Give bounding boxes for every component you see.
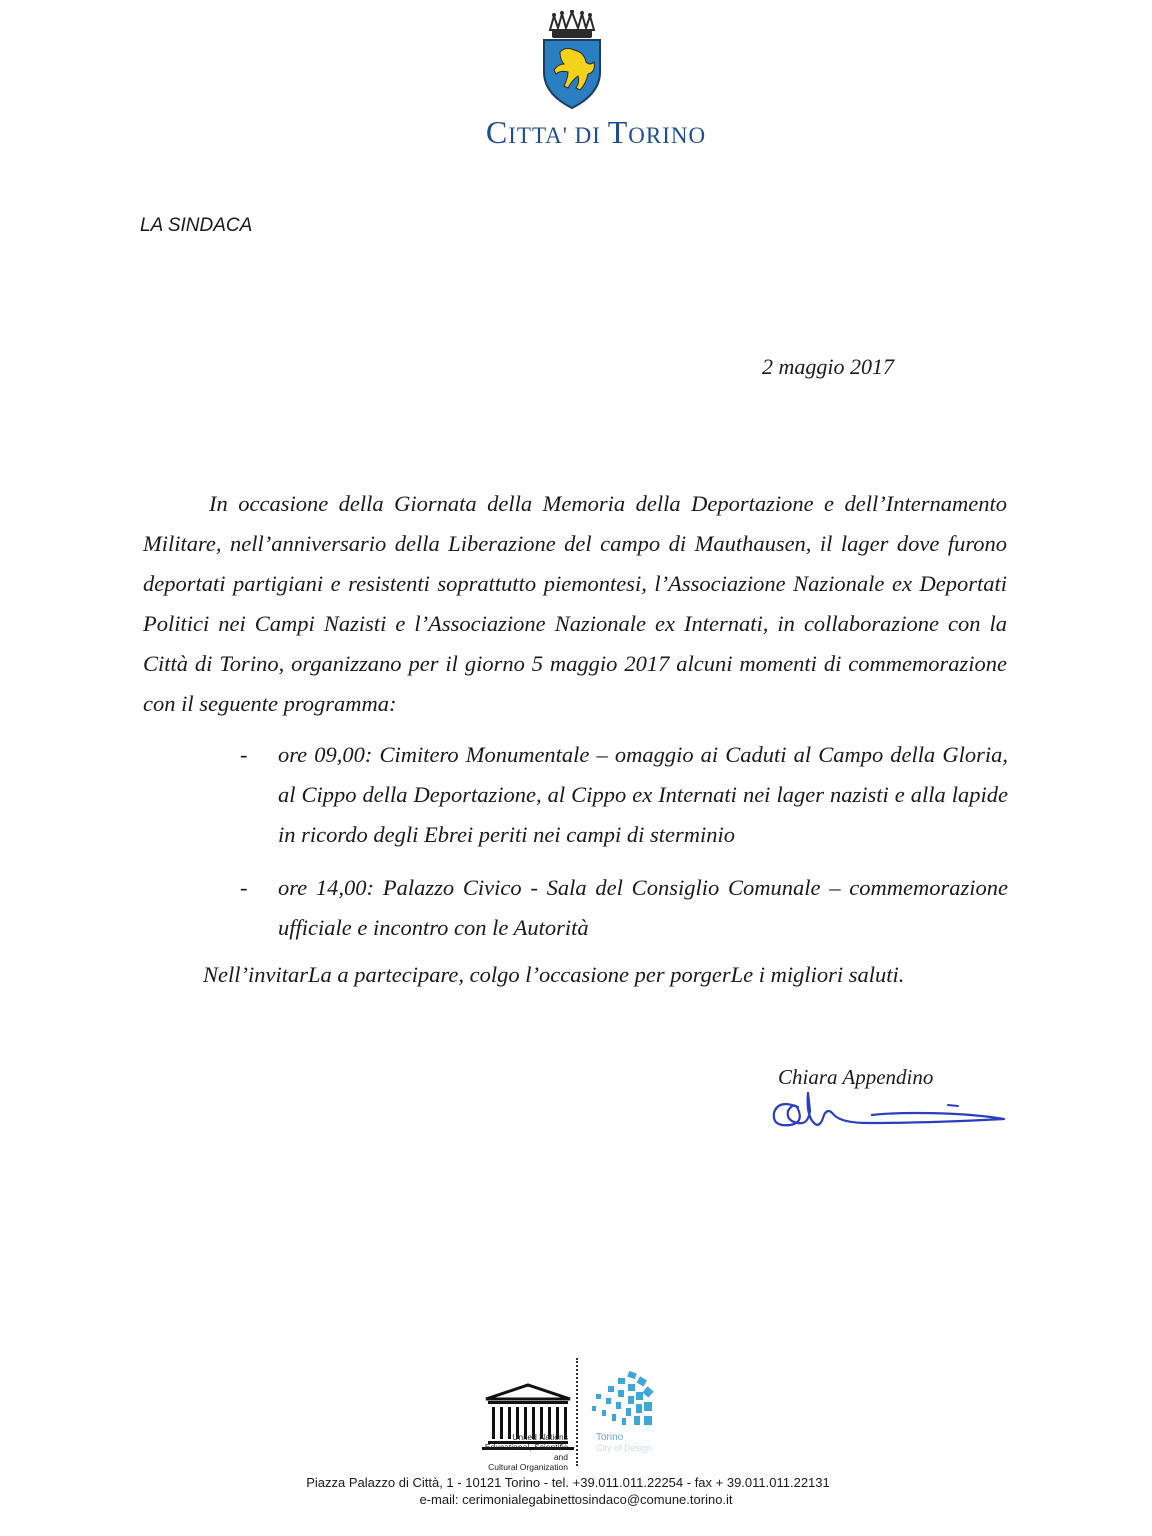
program-item-text: ore 14,00: Palazzo Civico - Sala del Con… (278, 868, 1008, 948)
footer-divider (576, 1358, 578, 1466)
program-item: - ore 14,00: Palazzo Civico - Sala del C… (240, 868, 1008, 948)
city-title: CITTA' DI TORINO (0, 114, 1152, 151)
email-line: e-mail: cerimonialegabinettosindaco@comu… (0, 1491, 1152, 1508)
address-line: Piazza Palazzo di Città, 1 - 10121 Torin… (0, 1474, 1144, 1491)
closing-line: Nell’invitarLa a partecipare, colgo l’oc… (203, 962, 904, 988)
handwritten-signature-icon (768, 1085, 1018, 1135)
office-label: LA SINDACA (140, 215, 252, 237)
bullet-dash: - (240, 868, 248, 908)
body-paragraph: In occasione della Giornata della Memori… (143, 484, 1007, 724)
torino-city-of-design-logo-icon (588, 1370, 658, 1430)
turin-coat-of-arms-icon (538, 10, 606, 110)
torino-design-caption: Torino City of Design (596, 1432, 652, 1454)
letter-date: 2 maggio 2017 (762, 354, 894, 380)
letter-page: CITTA' DI TORINO LA SINDACA 2 maggio 201… (0, 0, 1152, 1536)
unesco-caption: United Nations Educational, Scientific a… (470, 1432, 568, 1472)
program-item-text: ore 09,00: Cimitero Monumentale – omaggi… (278, 735, 1008, 855)
bullet-dash: - (240, 735, 248, 775)
program-item: - ore 09,00: Cimitero Monumentale – omag… (240, 735, 1008, 855)
footer-address: Piazza Palazzo di Città, 1 - 10121 Torin… (0, 1474, 1152, 1508)
